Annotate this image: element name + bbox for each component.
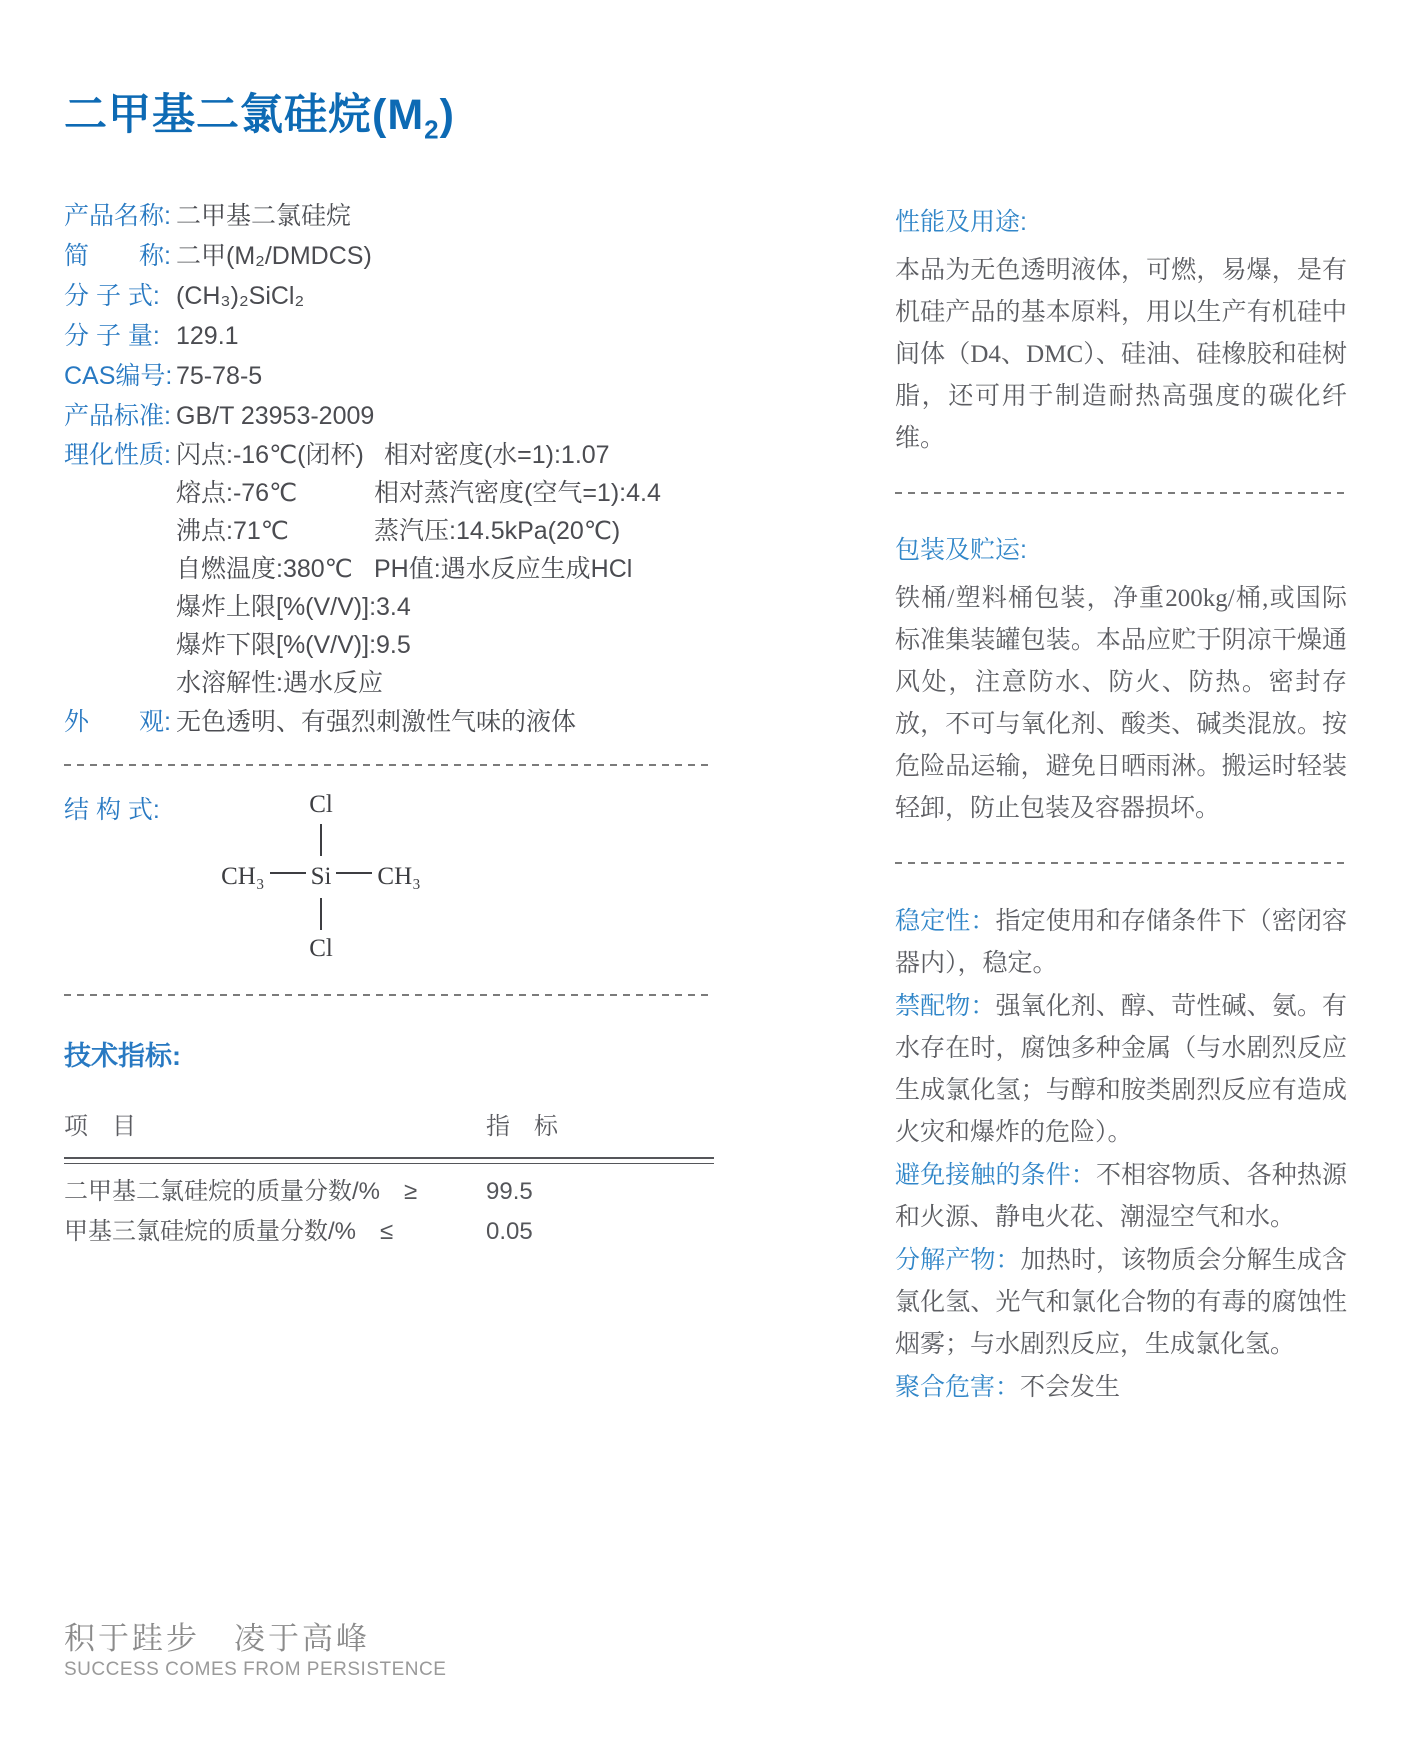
footer-slogan-en: SUCCESS COMES FROM PERSISTENCE	[64, 1659, 446, 1681]
bond-horizontal-right	[336, 872, 372, 874]
content-columns: 产品名称: 二甲基二氯硅烷 简 称: 二甲(M₂/DMDCS) 分 子 式: (…	[64, 196, 1347, 1409]
table-double-rule	[64, 1157, 714, 1164]
section-body: 铁桶/塑料桶包装，净重200kg/桶,或国际标准集装罐包装。本品应贮于阴凉干燥通…	[895, 578, 1347, 830]
phys-row: 水溶解性:遇水反应	[176, 664, 661, 702]
column-header-item: 项 目	[64, 1107, 486, 1147]
note-decomposition-products: 分解产物：加热时，该物质会分解生成含氯化氢、光气和氯化合物的有毒的腐蚀性烟雾；与…	[895, 1239, 1347, 1366]
table-row: 二甲基二氯硅烷的质量分数/% ≥ 99.5	[64, 1172, 714, 1212]
field-value: 129.1	[176, 316, 239, 356]
section-heading: 性能及用途:	[895, 202, 1347, 242]
structural-formula: Cl CH₃ Si CH₃ Cl	[216, 790, 426, 964]
phys-row: 沸点:71℃ 蒸汽压:14.5kPa(20℃)	[176, 512, 661, 550]
dashed-divider	[895, 492, 1347, 494]
page-title: 二甲基二氯硅烷(M2)	[0, 0, 1417, 144]
phys-cell: 爆炸下限[%(V/V)]:9.5	[176, 626, 431, 664]
phys-cell: PH值:遇水反应生成HCl	[374, 550, 632, 588]
table-cell-spec: 0.05	[486, 1212, 714, 1252]
field-value: (CH₃)₂SiCl₂	[176, 276, 304, 316]
structure-center-row: CH₃ Si CH₃	[221, 860, 421, 894]
section-body: 本品为无色透明液体，可燃，易爆，是有机硅产品的基本原料，用以生产有机硅中间体（D…	[895, 250, 1347, 460]
field-value: 75-78-5	[176, 356, 262, 396]
bond-vertical-top	[320, 824, 322, 856]
note-text: 不会发生	[1020, 1374, 1120, 1401]
field-label: CAS编号:	[64, 356, 176, 396]
field-row-molecular-weight: 分 子 量: 129.1	[64, 316, 714, 356]
table-row: 甲基三氯硅烷的质量分数/% ≤ 0.05	[64, 1212, 714, 1252]
section-safety-notes: 稳定性：指定使用和存储条件下（密闭容器内），稳定。 禁配物：强氧化剂、醇、苛性碱…	[895, 900, 1347, 1409]
field-row-structure: 结 构 式: Cl CH₃ Si CH₃ Cl	[64, 790, 714, 964]
note-lead: 禁配物：	[895, 992, 995, 1020]
table-cell-item: 二甲基二氯硅烷的质量分数/% ≥	[64, 1172, 486, 1212]
note-lead: 分解产物：	[895, 1246, 1021, 1274]
field-label: 分 子 量:	[64, 316, 176, 356]
footer-slogan-cn: 积于跬步 凌于高峰	[64, 1622, 446, 1656]
field-value: 二甲(M₂/DMDCS)	[176, 236, 372, 276]
phys-cell: 自燃温度:380℃	[176, 550, 374, 588]
dashed-divider	[64, 994, 714, 996]
section-performance-uses: 性能及用途: 本品为无色透明液体，可燃，易爆，是有机硅产品的基本原料，用以生产有…	[895, 202, 1347, 460]
phys-cell: 爆炸上限[%(V/V)]:3.4	[176, 588, 431, 626]
note-stability: 稳定性：指定使用和存储条件下（密闭容器内），稳定。	[895, 900, 1347, 985]
page-title-text: 二甲基二氯硅烷(M	[64, 91, 424, 139]
field-row-molecular-formula: 分 子 式: (CH₃)₂SiCl₂	[64, 276, 714, 316]
table-header-row: 项 目 指 标	[64, 1107, 714, 1147]
phys-row: 熔点:-76℃ 相对蒸汽密度(空气=1):4.4	[176, 474, 661, 512]
field-label: 简 称:	[64, 236, 176, 276]
note-lead: 聚合危害：	[895, 1373, 1020, 1401]
field-label: 分 子 式:	[64, 276, 176, 316]
field-row-product-standard: 产品标准: GB/T 23953-2009	[64, 396, 714, 436]
field-label: 理化性质:	[64, 436, 176, 474]
field-row-physical-properties: 理化性质: 闪点:-16℃(闭杯) 相对密度(水=1):1.07 熔点:-76℃…	[64, 436, 714, 702]
tech-spec-heading: 技术指标:	[64, 1034, 714, 1073]
phys-row: 闪点:-16℃(闭杯) 相对密度(水=1):1.07	[176, 436, 661, 474]
column-header-spec: 指 标	[486, 1107, 714, 1147]
field-row-appearance: 外 观: 无色透明、有强烈刺激性气味的液体	[64, 702, 714, 742]
field-value: 二甲基二氯硅烷	[176, 196, 351, 236]
phys-cell: 相对蒸汽密度(空气=1):4.4	[374, 474, 661, 512]
right-column: 性能及用途: 本品为无色透明液体，可燃，易爆，是有机硅产品的基本原料，用以生产有…	[895, 196, 1347, 1409]
bond-horizontal-left	[270, 872, 306, 874]
atom-si: Si	[311, 860, 332, 894]
phys-cell: 相对密度(水=1):1.07	[384, 436, 610, 474]
table-cell-spec: 99.5	[486, 1172, 714, 1212]
note-incompatibilities: 禁配物：强氧化剂、醇、苛性碱、氨。有水存在时，腐蚀多种金属（与水剧烈反应生成氯化…	[895, 985, 1347, 1154]
field-label: 外 观:	[64, 702, 176, 742]
phys-cell: 水溶解性:遇水反应	[176, 664, 403, 702]
note-lead: 稳定性：	[895, 907, 995, 935]
footer: 积于跬步 凌于高峰 SUCCESS COMES FROM PERSISTENCE	[64, 1622, 446, 1681]
physical-properties-grid: 闪点:-16℃(闭杯) 相对密度(水=1):1.07 熔点:-76℃ 相对蒸汽密…	[176, 436, 661, 702]
datasheet-page: 二甲基二氯硅烷(M2) 产品名称: 二甲基二氯硅烷 简 称: 二甲(M₂/DMD…	[0, 0, 1417, 1751]
field-value: GB/T 23953-2009	[176, 396, 374, 436]
field-row-cas-number: CAS编号: 75-78-5	[64, 356, 714, 396]
tech-spec-table: 项 目 指 标 二甲基二氯硅烷的质量分数/% ≥ 99.5 甲基三氯硅烷的质量分…	[64, 1107, 714, 1252]
page-title-subscript: 2	[424, 115, 439, 145]
field-value: 无色透明、有强烈刺激性气味的液体	[176, 702, 576, 742]
note-lead: 避免接触的条件：	[895, 1161, 1096, 1189]
atom-cl-bottom: Cl	[309, 934, 333, 964]
group-ch3-left: CH₃	[221, 860, 264, 894]
field-row-product-name: 产品名称: 二甲基二氯硅烷	[64, 196, 714, 236]
field-row-short-name: 简 称: 二甲(M₂/DMDCS)	[64, 236, 714, 276]
phys-row: 爆炸下限[%(V/V)]:9.5	[176, 626, 661, 664]
phys-cell: 沸点:71℃	[176, 512, 374, 550]
phys-cell: 闪点:-16℃(闭杯)	[176, 436, 384, 474]
atom-cl-top: Cl	[309, 790, 333, 820]
page-title-close: )	[440, 91, 455, 139]
section-heading: 包装及贮运:	[895, 530, 1347, 570]
group-ch3-right: CH₃	[377, 860, 420, 894]
left-column: 产品名称: 二甲基二氯硅烷 简 称: 二甲(M₂/DMDCS) 分 子 式: (…	[64, 196, 714, 1409]
note-conditions-to-avoid: 避免接触的条件：不相容物质、各种热源和火源、静电火花、潮湿空气和水。	[895, 1154, 1347, 1239]
phys-cell: 熔点:-76℃	[176, 474, 374, 512]
bond-vertical-bottom	[320, 898, 322, 930]
dashed-divider	[64, 764, 714, 766]
field-label: 结 构 式:	[64, 790, 176, 830]
phys-cell: 蒸汽压:14.5kPa(20℃)	[374, 512, 620, 550]
note-polymerization-hazard: 聚合危害：不会发生	[895, 1366, 1347, 1409]
field-label: 产品标准:	[64, 396, 176, 436]
phys-row: 自燃温度:380℃ PH值:遇水反应生成HCl	[176, 550, 661, 588]
phys-row: 爆炸上限[%(V/V)]:3.4	[176, 588, 661, 626]
dashed-divider	[895, 862, 1347, 864]
field-label: 产品名称:	[64, 196, 176, 236]
table-cell-item: 甲基三氯硅烷的质量分数/% ≤	[64, 1212, 486, 1252]
section-packaging-storage: 包装及贮运: 铁桶/塑料桶包装，净重200kg/桶,或国际标准集装罐包装。本品应…	[895, 530, 1347, 830]
